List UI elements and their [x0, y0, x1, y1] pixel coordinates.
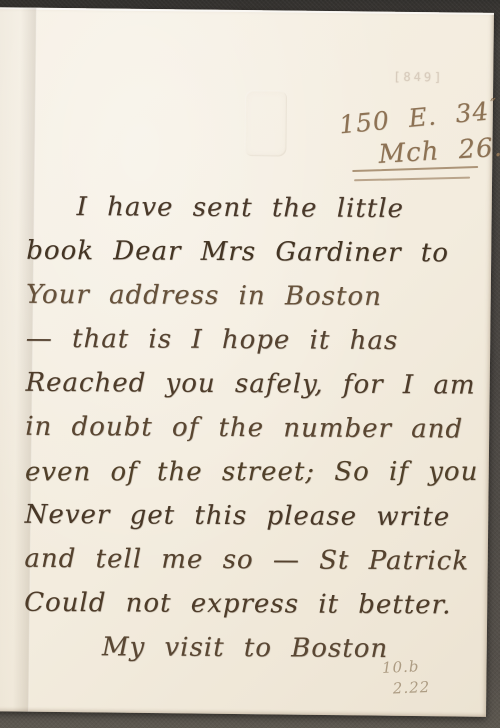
date-underline-2 [354, 177, 470, 182]
address-superscript-mark: ″ [490, 95, 498, 114]
handwritten-line: I have sent the little [26, 185, 478, 232]
address-text: 150 E. 34 [338, 96, 491, 139]
embossed-crest [244, 90, 287, 156]
letter-page: [849] 150 E. 34″ Mch 26. I have sent the… [0, 7, 494, 717]
handwritten-line: in doubt of the number and [25, 405, 477, 452]
date-line: Mch 26. [378, 133, 500, 170]
catalog-stamp: [849] [393, 70, 444, 85]
photo-background: { "letter": { "stamp": "[849]", "header"… [0, 0, 500, 728]
handwritten-line: Never get this please write [25, 493, 477, 540]
handwritten-line: Reached you safely, for I am [25, 361, 477, 408]
handwritten-line: Your address in Boston [26, 273, 478, 320]
handwritten-line: — that is I hope it has [26, 317, 478, 364]
handwritten-line: Could not express it better. [24, 581, 476, 628]
pencil-note-top: 10.b [382, 656, 430, 679]
handwritten-line: and tell me so — St Patrick [24, 537, 476, 584]
pencil-note-bottom: 2.22 [392, 677, 430, 700]
pencil-annotation: 10.b 2.22 [382, 656, 431, 700]
handwritten-line: even of the street; So if you [25, 450, 477, 494]
letter-body: I have sent the little book Dear Mrs Gar… [24, 185, 479, 672]
handwritten-line: book Dear Mrs Gardiner to [26, 229, 478, 276]
address-line: 150 E. 34″ [338, 95, 499, 140]
